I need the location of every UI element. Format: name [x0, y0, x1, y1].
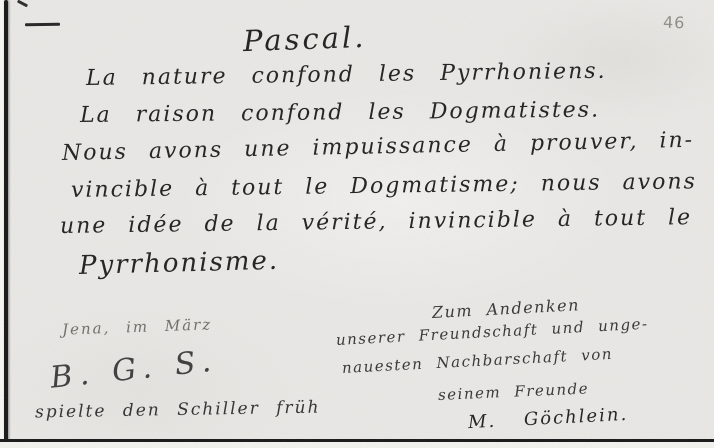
dedication-line-3: nauesten Nachbarschaft von [342, 345, 614, 377]
document-title: Pascal. [242, 20, 367, 58]
annotation-initials: B. G. S. [49, 343, 220, 395]
binding-edge-line [4, 0, 8, 448]
french-line-2: La raison confond les Dogmatistes. [80, 98, 600, 128]
dedication-line-1: Zum Andenken [432, 295, 581, 322]
page-number: 46 [663, 13, 686, 33]
dedication-signature: M. Göchlein. [468, 404, 629, 433]
french-line-5: une idée de la vérité, invincible à tout… [60, 205, 692, 239]
annotation-place-date: Jena, im März [62, 315, 213, 338]
french-line-1: La nature confond les Pyrrhoniens. [86, 59, 607, 91]
manuscript-page: 46 Pascal. La nature confond les Pyrrhon… [0, 0, 714, 448]
dash-mark [25, 23, 60, 26]
french-line-4: vincible à tout le Dogmatisme; nous avon… [71, 169, 697, 203]
french-line-3: Nous avons une impuissance à prouver, in… [62, 128, 695, 166]
dedication-line-4: seinem Freunde [438, 379, 590, 404]
dedication-line-2: unserer Freundschaft und unge- [336, 315, 649, 349]
scan-bottom-strip [0, 442, 714, 448]
annotation-note: spielte den Schiller früh [35, 398, 321, 423]
corner-ink-mark [17, 0, 28, 7]
french-line-6: Pyrrhonisme. [79, 246, 280, 281]
